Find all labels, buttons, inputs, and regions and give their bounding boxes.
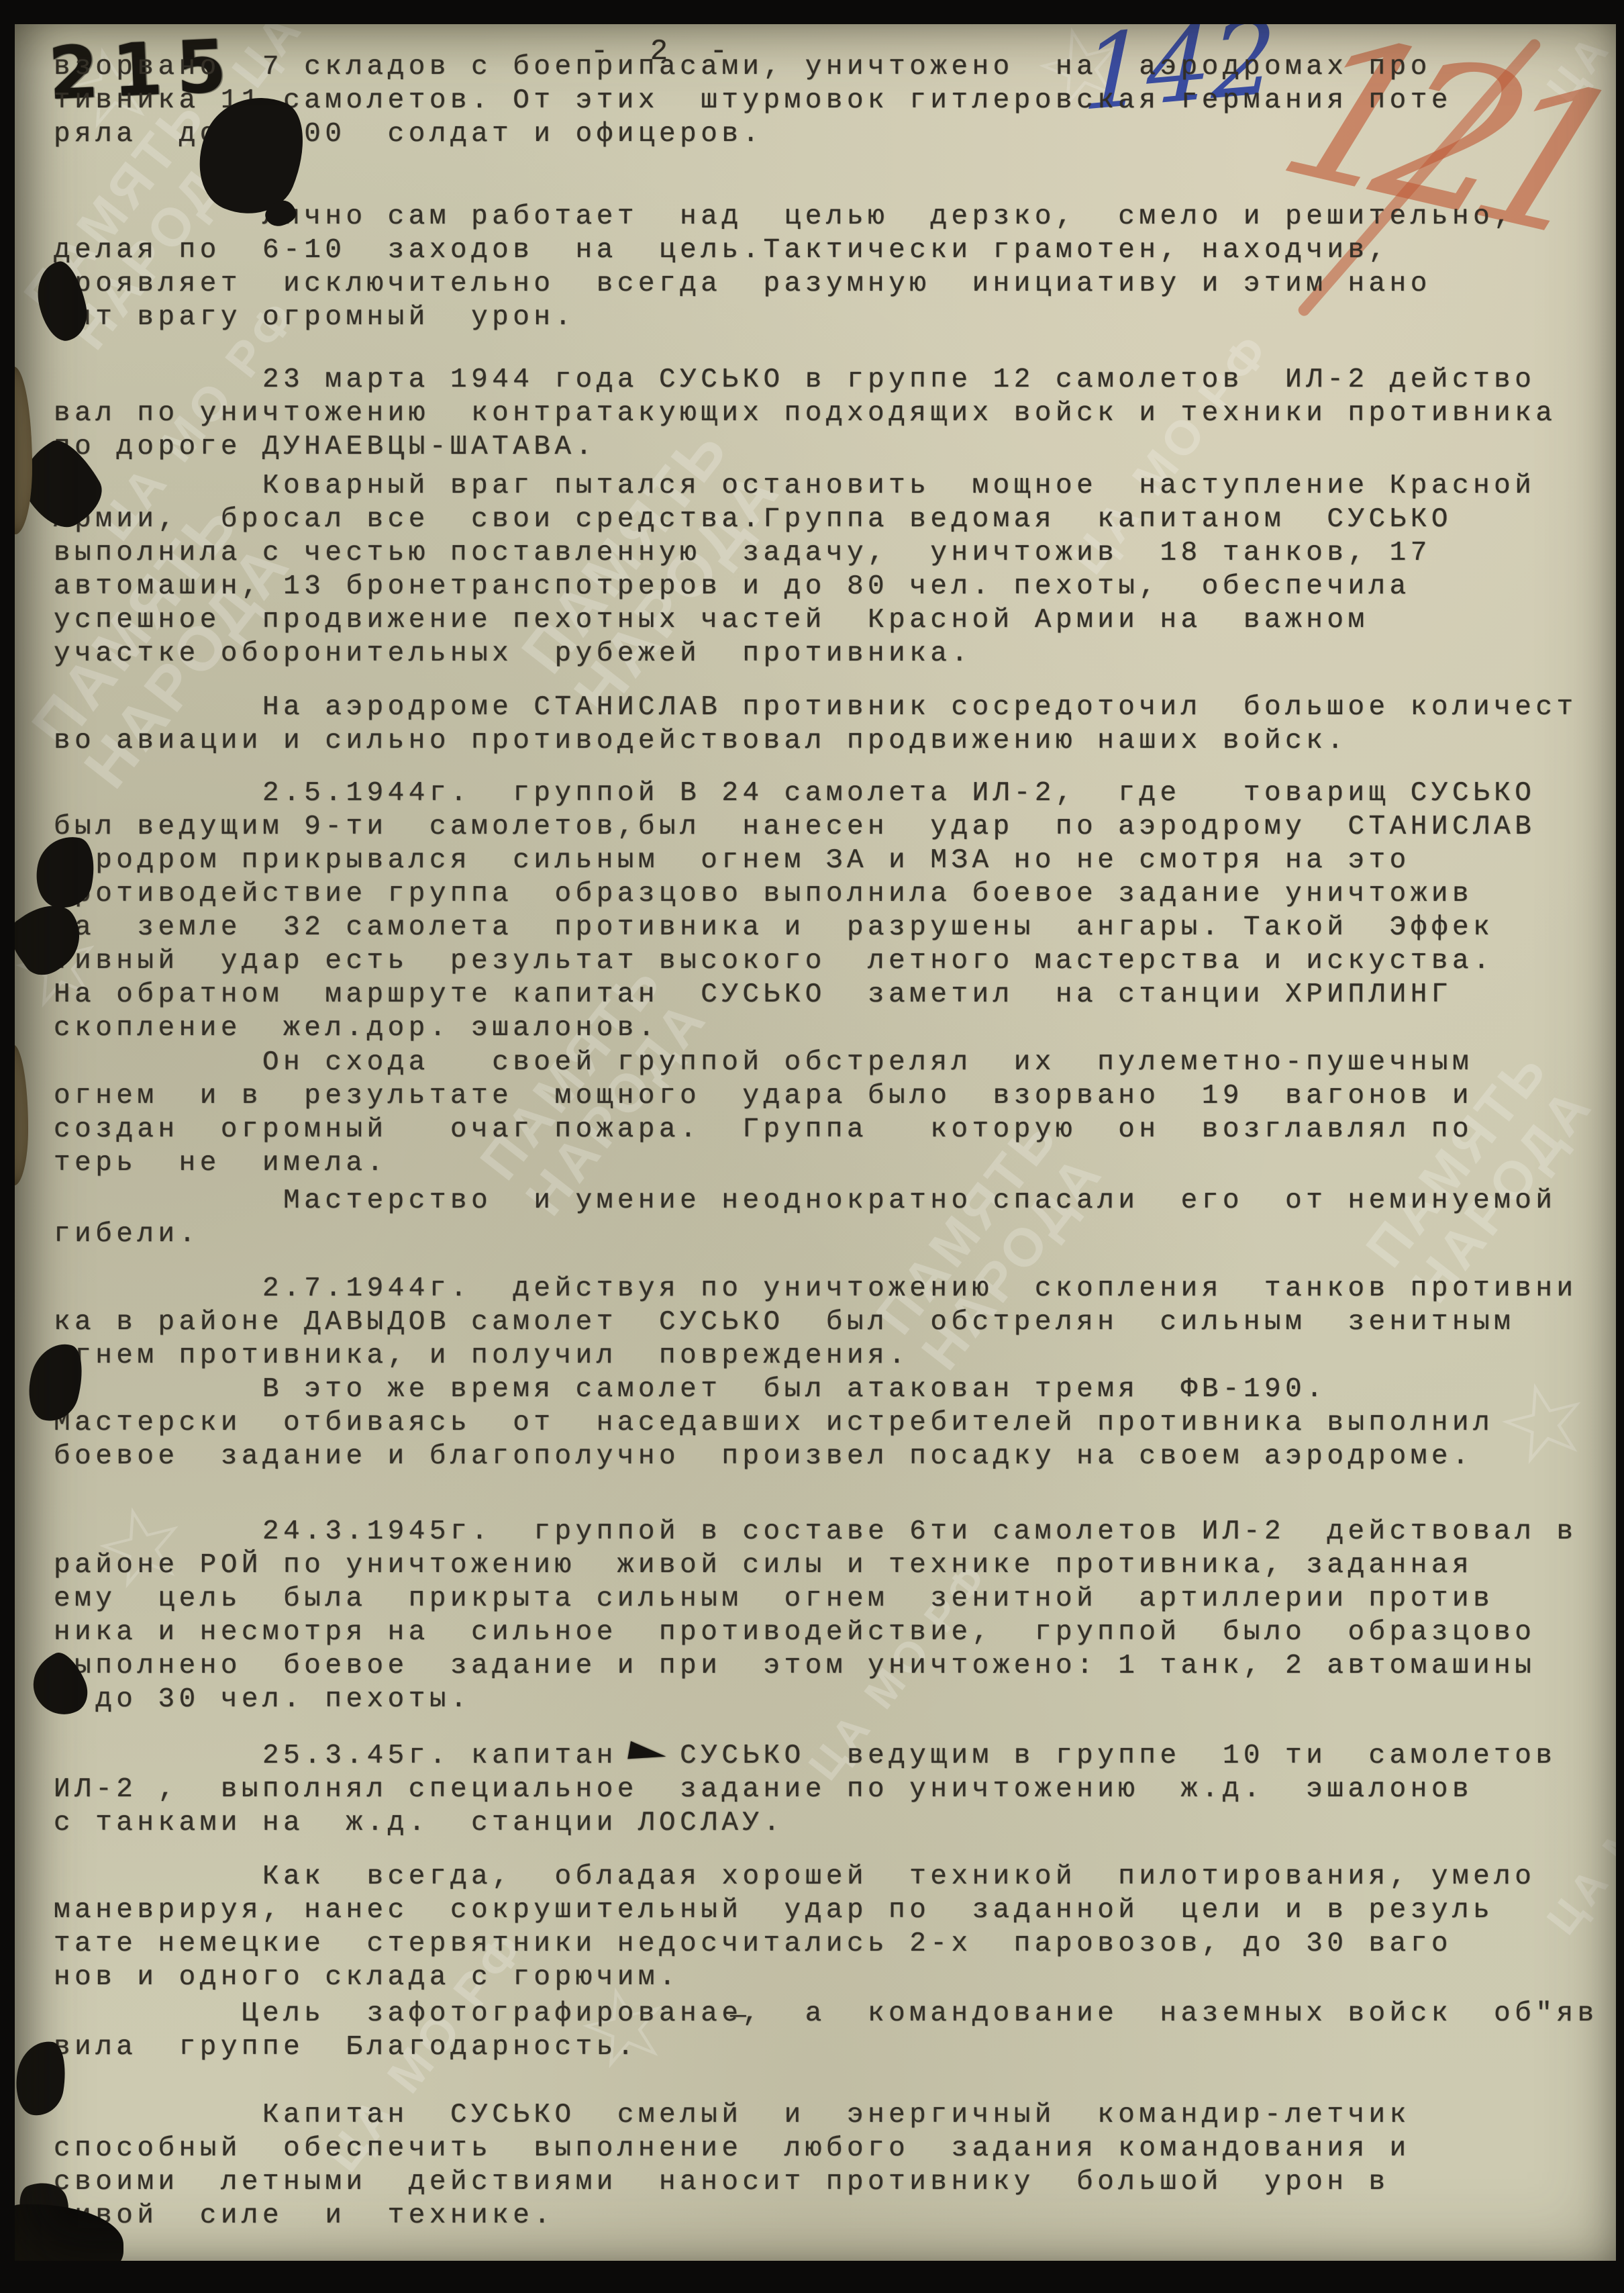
paragraph: Капитан СУСЬКО смелый и энергичный коман…	[54, 2098, 1616, 2233]
paragraph: На аэродроме СТАНИСЛАВ противник сосредо…	[54, 691, 1616, 758]
paper-page: ПАМЯТЬ НАРОДА ПАМЯТЬ НАРОДА ПАМЯТЬ НАРОД…	[15, 24, 1616, 2261]
paragraph: Мастерство и умение неоднократно спасали…	[54, 1184, 1616, 1251]
paragraph: 24.3.1945г. группой в составе 6ти самоле…	[54, 1515, 1616, 1716]
paragraph: Как всегда, обладая хорошей техникой пил…	[54, 1860, 1616, 1994]
torn-paper-edge	[15, 367, 32, 534]
document-scan: ПАМЯТЬ НАРОДА ПАМЯТЬ НАРОДА ПАМЯТЬ НАРОД…	[0, 0, 1624, 2293]
document-body: взорвано 7 складов с боеприпасами, уничт…	[54, 50, 1616, 2233]
paragraph: 23 марта 1944 года СУСЬКО в группе 12 са…	[54, 363, 1616, 464]
ink-arrow-mark: ►	[626, 1726, 670, 1775]
paragraph: Цель зафотографированае̶, а командование…	[54, 1997, 1616, 2064]
paragraph: 25.3.45г. капитан СУСЬКО ведущим в групп…	[54, 1739, 1616, 1840]
paragraph: 2.7.1944г. действуя по уничтожению скопл…	[54, 1272, 1616, 1373]
paragraph: В это же время самолет был атакован трем…	[54, 1373, 1616, 1473]
paragraph: 2.5.1944г. группой В 24 самолета ИЛ-2, г…	[54, 777, 1616, 1045]
paragraph: Он схода своей группой обстрелял их пуле…	[54, 1046, 1616, 1180]
torn-paper-edge	[15, 1044, 28, 1185]
paragraph: Коварный враг пытался остановить мощное …	[54, 469, 1616, 671]
